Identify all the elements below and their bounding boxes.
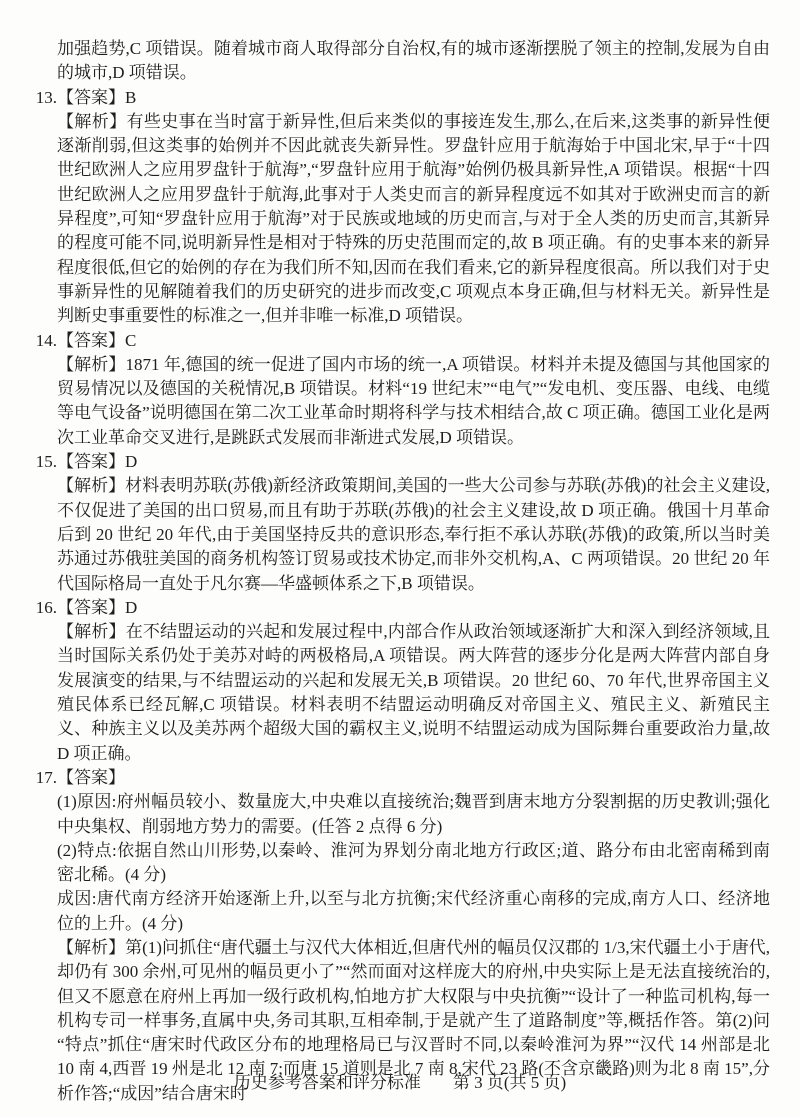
part-text: (2)特点:依据自然山川形势,以秦岭、淮河为界划分南北地方行政区;道、路分布由北… (57, 841, 770, 884)
analysis-text: 1871 年,德国的统一促进了国内市场的统一,A 项错误。材料并未提及德国与其他… (57, 355, 770, 447)
answer-part-2-cause: 成因:唐代南方经济开始逐渐上升,以至与北方抗衡;宋代经济重心南移的完成,南方人口… (57, 887, 770, 936)
answer-line-16: 16.【答案】D (57, 596, 770, 620)
question-number: 13. (36, 86, 57, 110)
continued-paragraph: 加强趋势,C 项错误。随着城市商人取得部分自治权,有的城市逐渐摆脱了领主的控制,… (57, 37, 770, 86)
answer-item-13: 13.【答案】B 【解析】有些史事在当时富于新异性,但后来类似的事接连发生,那么… (57, 86, 770, 329)
answer-item-17: 17.【答案】 (1)原因:府州幅员较小、数量庞大,中央难以直接统治;魏晋到唐末… (57, 766, 770, 1106)
answer-label: 【答案】 (57, 331, 125, 350)
answer-value: B (125, 88, 136, 107)
footer-page-number: 第 3 页(共 5 页) (453, 1073, 566, 1092)
question-number: 14. (36, 329, 57, 353)
answer-part-2-feature: (2)特点:依据自然山川形势,以秦岭、淮河为界划分南北地方行政区;道、路分布由北… (57, 839, 770, 888)
answer-line-15: 15.【答案】D (57, 450, 770, 474)
answer-label: 【答案】 (57, 88, 125, 107)
answer-line-14: 14.【答案】C (57, 329, 770, 353)
analysis-label: 【解析】 (57, 355, 125, 374)
analysis-label: 【解析】 (57, 938, 125, 957)
answer-line-13: 13.【答案】B (57, 86, 770, 110)
analysis-text: 有些史事在当时富于新异性,但后来类似的事接连发生,那么,在后来,这类事的新异性便… (57, 112, 770, 325)
analysis-text: 在不结盟运动的兴起和发展过程中,内部合作从政治领域逐渐扩大和深入到经济领域,且当… (57, 622, 770, 762)
answer-label: 【答案】 (57, 452, 125, 471)
analysis-label: 【解析】 (57, 476, 125, 495)
question-number: 17. (36, 766, 57, 790)
question-number: 15. (36, 450, 57, 474)
answer-item-15: 15.【答案】D 【解析】材料表明苏联(苏俄)新经济政策期间,美国的一些大公司参… (57, 450, 770, 596)
analysis-paragraph: 【解析】有些史事在当时富于新异性,但后来类似的事接连发生,那么,在后来,这类事的… (57, 110, 770, 329)
analysis-text: 材料表明苏联(苏俄)新经济政策期间,美国的一些大公司参与苏联(苏俄)的社会主义建… (57, 476, 770, 592)
answer-part-1-reason: (1)原因:府州幅员较小、数量庞大,中央难以直接统治;魏晋到唐末地方分裂割据的历… (57, 790, 770, 839)
answer-label: 【答案】 (57, 768, 125, 787)
analysis-label: 【解析】 (57, 112, 127, 131)
analysis-paragraph: 【解析】在不结盟运动的兴起和发展过程中,内部合作从政治领域逐渐扩大和深入到经济领… (57, 620, 770, 766)
analysis-label: 【解析】 (57, 622, 126, 641)
answer-value: D (125, 452, 137, 471)
page-content: 加强趋势,C 项错误。随着城市商人取得部分自治权,有的城市逐渐摆脱了领主的控制,… (0, 0, 800, 1106)
page-footer: 历史参考答案和评分标准第 3 页(共 5 页) (0, 1071, 800, 1095)
part-text: (1)原因:府州幅员较小、数量庞大,中央难以直接统治;魏晋到唐末地方分裂割据的历… (57, 792, 770, 835)
answer-label: 【答案】 (57, 598, 125, 617)
answer-line-17: 17.【答案】 (57, 766, 770, 790)
question-number: 16. (36, 596, 57, 620)
answer-value: D (125, 598, 137, 617)
answer-item-16: 16.【答案】D 【解析】在不结盟运动的兴起和发展过程中,内部合作从政治领域逐渐… (57, 596, 770, 766)
answer-item-14: 14.【答案】C 【解析】1871 年,德国的统一促进了国内市场的统一,A 项错… (57, 329, 770, 450)
part-text: 成因:唐代南方经济开始逐渐上升,以至与北方抗衡;宋代经济重心南移的完成,南方人口… (57, 889, 770, 932)
analysis-paragraph: 【解析】1871 年,德国的统一促进了国内市场的统一,A 项错误。材料并未提及德… (57, 353, 770, 450)
analysis-paragraph: 【解析】材料表明苏联(苏俄)新经济政策期间,美国的一些大公司参与苏联(苏俄)的社… (57, 474, 770, 595)
footer-doc-title: 历史参考答案和评分标准 (234, 1073, 421, 1092)
document-page: 加强趋势,C 项错误。随着城市商人取得部分自治权,有的城市逐渐摆脱了领主的控制,… (0, 0, 800, 1117)
answer-value: C (125, 331, 136, 350)
